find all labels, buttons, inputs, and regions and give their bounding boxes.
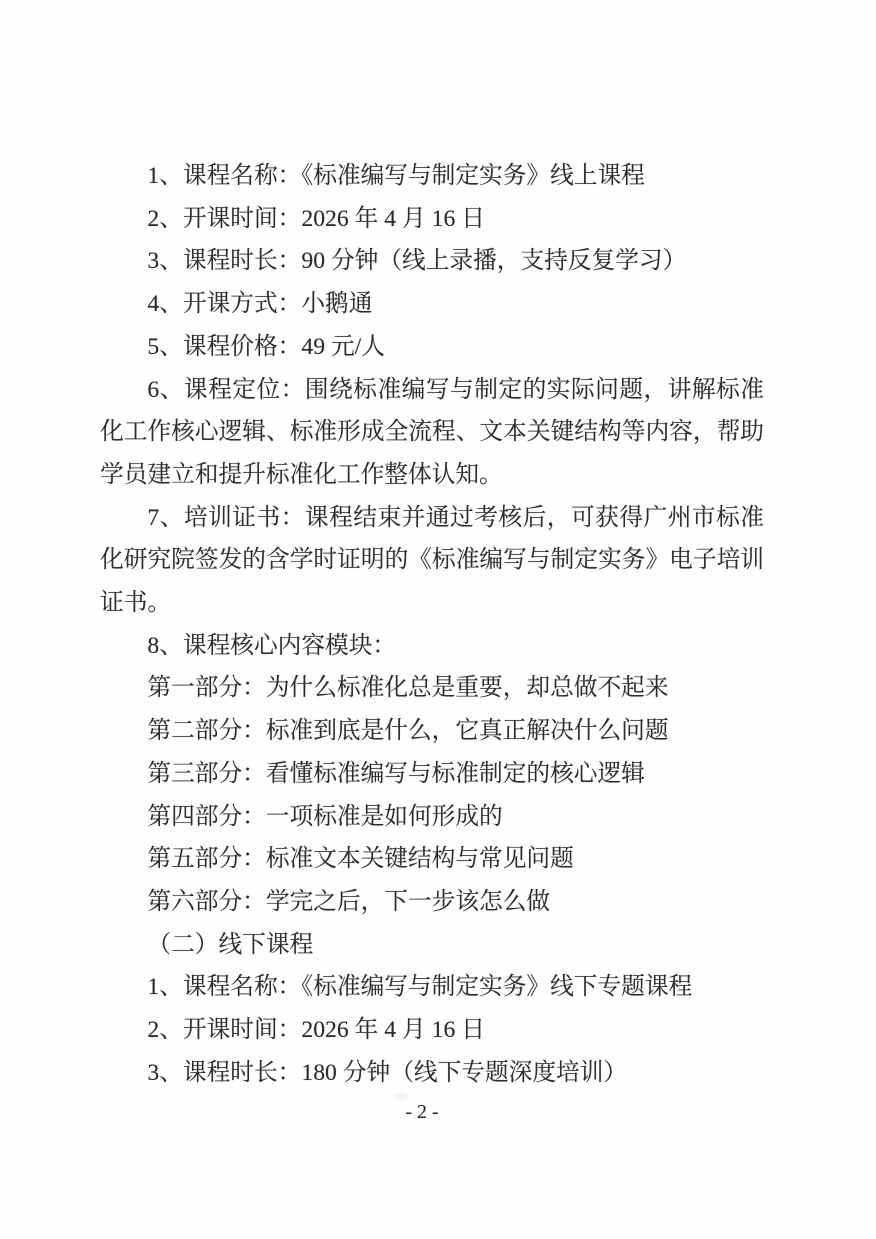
module-part-3: 第三部分：看懂标准编写与标准制定的核心逻辑 — [100, 753, 764, 796]
online-course-name: 1、课程名称：《标准编写与制定实务》线上课程 — [100, 155, 764, 198]
module-part-4: 第四部分：一项标准是如何形成的 — [100, 796, 764, 839]
document-body: 1、课程名称：《标准编写与制定实务》线上课程 2、开课时间：2026 年 4 月… — [100, 155, 764, 1094]
online-course-duration: 3、课程时长：90 分钟（线上录播，支持反复学习） — [100, 240, 764, 283]
offline-course-start-time: 2、开课时间：2026 年 4 月 16 日 — [100, 1009, 764, 1052]
module-part-1: 第一部分：为什么标准化总是重要，却总做不起来 — [100, 667, 764, 710]
module-part-6: 第六部分：学完之后，下一步该怎么做 — [100, 881, 764, 924]
online-course-modules-header: 8、课程核心内容模块： — [100, 625, 764, 668]
online-course-start-time: 2、开课时间：2026 年 4 月 16 日 — [100, 198, 764, 241]
scanned-document-page: 1、课程名称：《标准编写与制定实务》线上课程 2、开课时间：2026 年 4 月… — [0, 0, 876, 1239]
online-course-price: 5、课程价格：49 元/人 — [100, 326, 764, 369]
module-part-5: 第五部分：标准文本关键结构与常见问题 — [100, 838, 764, 881]
offline-section-header: （二）线下课程 — [100, 924, 764, 967]
offline-course-name: 1、课程名称：《标准编写与制定实务》线下专题课程 — [100, 966, 764, 1009]
online-course-certificate: 7、培训证书：课程结束并通过考核后，可获得广州市标准化研究院签发的含学时证明的《… — [100, 497, 764, 625]
offline-course-duration: 3、课程时长：180 分钟（线下专题深度培训） — [100, 1052, 764, 1095]
online-course-method: 4、开课方式：小鹅通 — [100, 283, 764, 326]
module-part-2: 第二部分：标准到底是什么，它真正解决什么问题 — [100, 710, 764, 753]
page-number: - 2 - — [90, 1097, 754, 1127]
online-course-positioning: 6、课程定位：围绕标准编写与制定的实际问题，讲解标准化工作核心逻辑、标准形成全流… — [100, 369, 764, 497]
